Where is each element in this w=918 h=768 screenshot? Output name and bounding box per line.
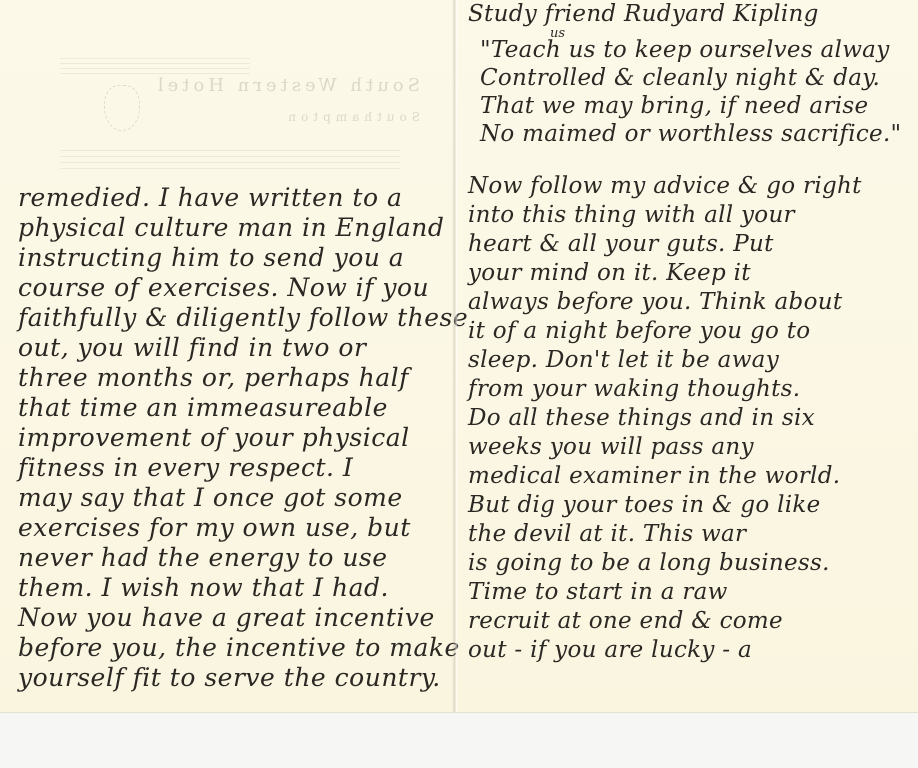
- handwritten-line: Time to start in a raw: [468, 578, 728, 606]
- hotel-crest-icon: [104, 85, 140, 131]
- handwritten-line: sleep. Don't let it be away: [468, 346, 779, 374]
- handwritten-line: improvement of your physical: [18, 423, 410, 453]
- poem-line: Controlled & cleanly night & day.: [480, 64, 880, 92]
- handwritten-line: three months or, perhaps half: [18, 363, 409, 393]
- handwritten-line: may say that I once got some: [18, 483, 403, 513]
- handwritten-line: remedied. I have written to a: [18, 183, 402, 213]
- handwritten-line: them. I wish now that I had.: [18, 573, 389, 603]
- handwritten-line: Do all these things and in six: [468, 404, 815, 432]
- scanned-letter: South Western Hotel Southampton remedied…: [0, 0, 918, 768]
- handwritten-line: weeks you will pass any: [468, 433, 754, 461]
- handwritten-line: Now you have a great incentive: [18, 603, 435, 633]
- right-page: Study friend Rudyard Kipling us "Teach u…: [458, 0, 918, 712]
- handwritten-line: exercises for my own use, but: [18, 513, 411, 543]
- handwritten-line: yourself fit to serve the country.: [18, 663, 441, 693]
- handwritten-line: before you, the incentive to make: [18, 633, 460, 663]
- handwritten-line: from your waking thoughts.: [468, 375, 800, 403]
- handwritten-line: never had the energy to use: [18, 543, 388, 573]
- handwritten-line: the devil at it. This war: [468, 520, 746, 548]
- letterhead-fine-print: [60, 150, 400, 170]
- handwritten-line: always before you. Think about: [468, 288, 842, 316]
- letter-paper: South Western Hotel Southampton remedied…: [0, 0, 918, 712]
- handwritten-line: is going to be a long business.: [468, 549, 830, 577]
- handwritten-line: your mind on it. Keep it: [468, 259, 751, 287]
- handwritten-line: it of a night before you go to: [468, 317, 810, 345]
- handwritten-line: Now follow my advice & go right: [468, 172, 862, 200]
- poem-line: That we may bring, if need arise: [480, 92, 868, 120]
- handwritten-line: fitness in every respect. I: [18, 453, 353, 483]
- poem-line: Study friend Rudyard Kipling: [468, 0, 819, 28]
- handwritten-line: recruit at one end & come: [468, 607, 783, 635]
- handwritten-line: out, you will find in two or: [18, 333, 366, 363]
- left-page: South Western Hotel Southampton remedied…: [0, 0, 452, 712]
- handwritten-line: that time an immeasureable: [18, 393, 388, 423]
- handwritten-line: course of exercises. Now if you: [18, 273, 429, 303]
- handwritten-line: faithfully & diligently follow these: [18, 303, 468, 333]
- letterhead-fine-print-top: [60, 58, 250, 74]
- letterhead-town: Southampton: [283, 110, 420, 124]
- handwritten-line: into this thing with all your: [468, 201, 795, 229]
- handwritten-line: instructing him to send you a: [18, 243, 404, 273]
- letterhead-bleedthrough: South Western Hotel Southampton: [40, 20, 440, 180]
- handwritten-line: physical culture man in England: [18, 213, 444, 243]
- handwritten-line: out - if you are lucky - a: [468, 636, 752, 664]
- handwritten-line: But dig your toes in & go like: [468, 491, 821, 519]
- poem-line: No maimed or worthless sacrifice.": [480, 120, 901, 148]
- handwritten-line: heart & all your guts. Put: [468, 230, 774, 258]
- letterhead-hotel-name: South Western Hotel: [154, 75, 420, 96]
- handwritten-line: medical examiner in the world.: [468, 462, 840, 490]
- poem-line: "Teach us to keep ourselves alway: [480, 36, 890, 64]
